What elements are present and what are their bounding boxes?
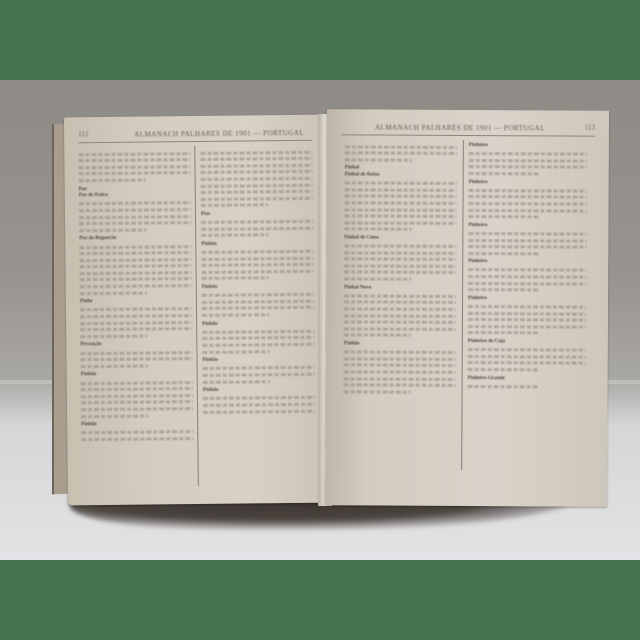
- entry-name: Pinhão: [202, 357, 218, 363]
- top-frame-band: [0, 0, 640, 80]
- entry-name: Poz de Pedra: [79, 192, 108, 198]
- right-page-number: 113: [585, 124, 595, 132]
- entry-name: Pinhão: [202, 320, 218, 326]
- entry-name: Pinhão: [203, 387, 219, 393]
- entry-name: Pinhão: [81, 421, 97, 427]
- entry-name: Pinhal: [345, 165, 359, 171]
- bottom-frame-band: [0, 560, 640, 640]
- entry-name: Pinheiro: [468, 222, 487, 228]
- entry-name: Pinhal Novo: [344, 284, 371, 290]
- right-page-column-1: Pinhal Pinhal de Baixo Pinhal de Cima Pi…: [343, 141, 457, 492]
- entry-name: Pinheiro Grande: [468, 375, 505, 381]
- left-running-header: ALMANACH PALHARES DE 1901 — PORTUGAL: [134, 129, 304, 139]
- left-page-column-1: Poz Poz de Pedra Poz do Regoerão Pinhe P…: [78, 148, 194, 499]
- header-rule: [78, 140, 312, 143]
- column-divider: [194, 146, 199, 486]
- entry-name: Poz do Regoerão: [79, 235, 116, 241]
- book-photo: 112 ALMANACH PALHARES DE 1901 — PORTUGAL…: [0, 80, 640, 560]
- left-page-number: 112: [78, 130, 88, 138]
- right-running-header: ALMANACH PALHARES DE 1901 — PORTUGAL: [375, 124, 545, 133]
- right-page-column-2: Pinheiro Pinheiro Pinheiro Pinheiro Pinh…: [467, 142, 587, 483]
- right-page: ALMANACH PALHARES DE 1901 — PORTUGAL 113…: [325, 109, 609, 506]
- entry-name: Pinheiro: [469, 179, 488, 185]
- entry-name: Pinhão: [81, 371, 97, 377]
- header-rule: [341, 134, 595, 136]
- entry-name: Pias: [201, 211, 210, 217]
- entry-name: Pinhal de Cima: [344, 234, 378, 240]
- entry-name: Pinhe: [80, 298, 93, 304]
- left-page: 112 ALMANACH PALHARES DE 1901 — PORTUGAL…: [64, 115, 330, 506]
- left-page-column-2: Pias Pinhão Pinhão Pinhão Pinhão Pinhão: [200, 147, 316, 488]
- column-divider: [461, 140, 464, 470]
- entry-name: Poz: [79, 186, 87, 192]
- entry-name: Pinhão: [344, 340, 360, 346]
- entry-name: Pinheiro: [469, 142, 488, 148]
- entry-name: Pinheiro: [468, 258, 487, 264]
- entry-name: Pinhal de Baixo: [345, 171, 380, 177]
- entry-name: Pinhão: [201, 241, 217, 247]
- entry-name: Povoação: [80, 341, 101, 347]
- entry-name: Pinheiro de Coja: [468, 338, 505, 344]
- entry-name: Pinhão: [202, 284, 218, 290]
- entry-name: Pinheiro: [468, 295, 487, 301]
